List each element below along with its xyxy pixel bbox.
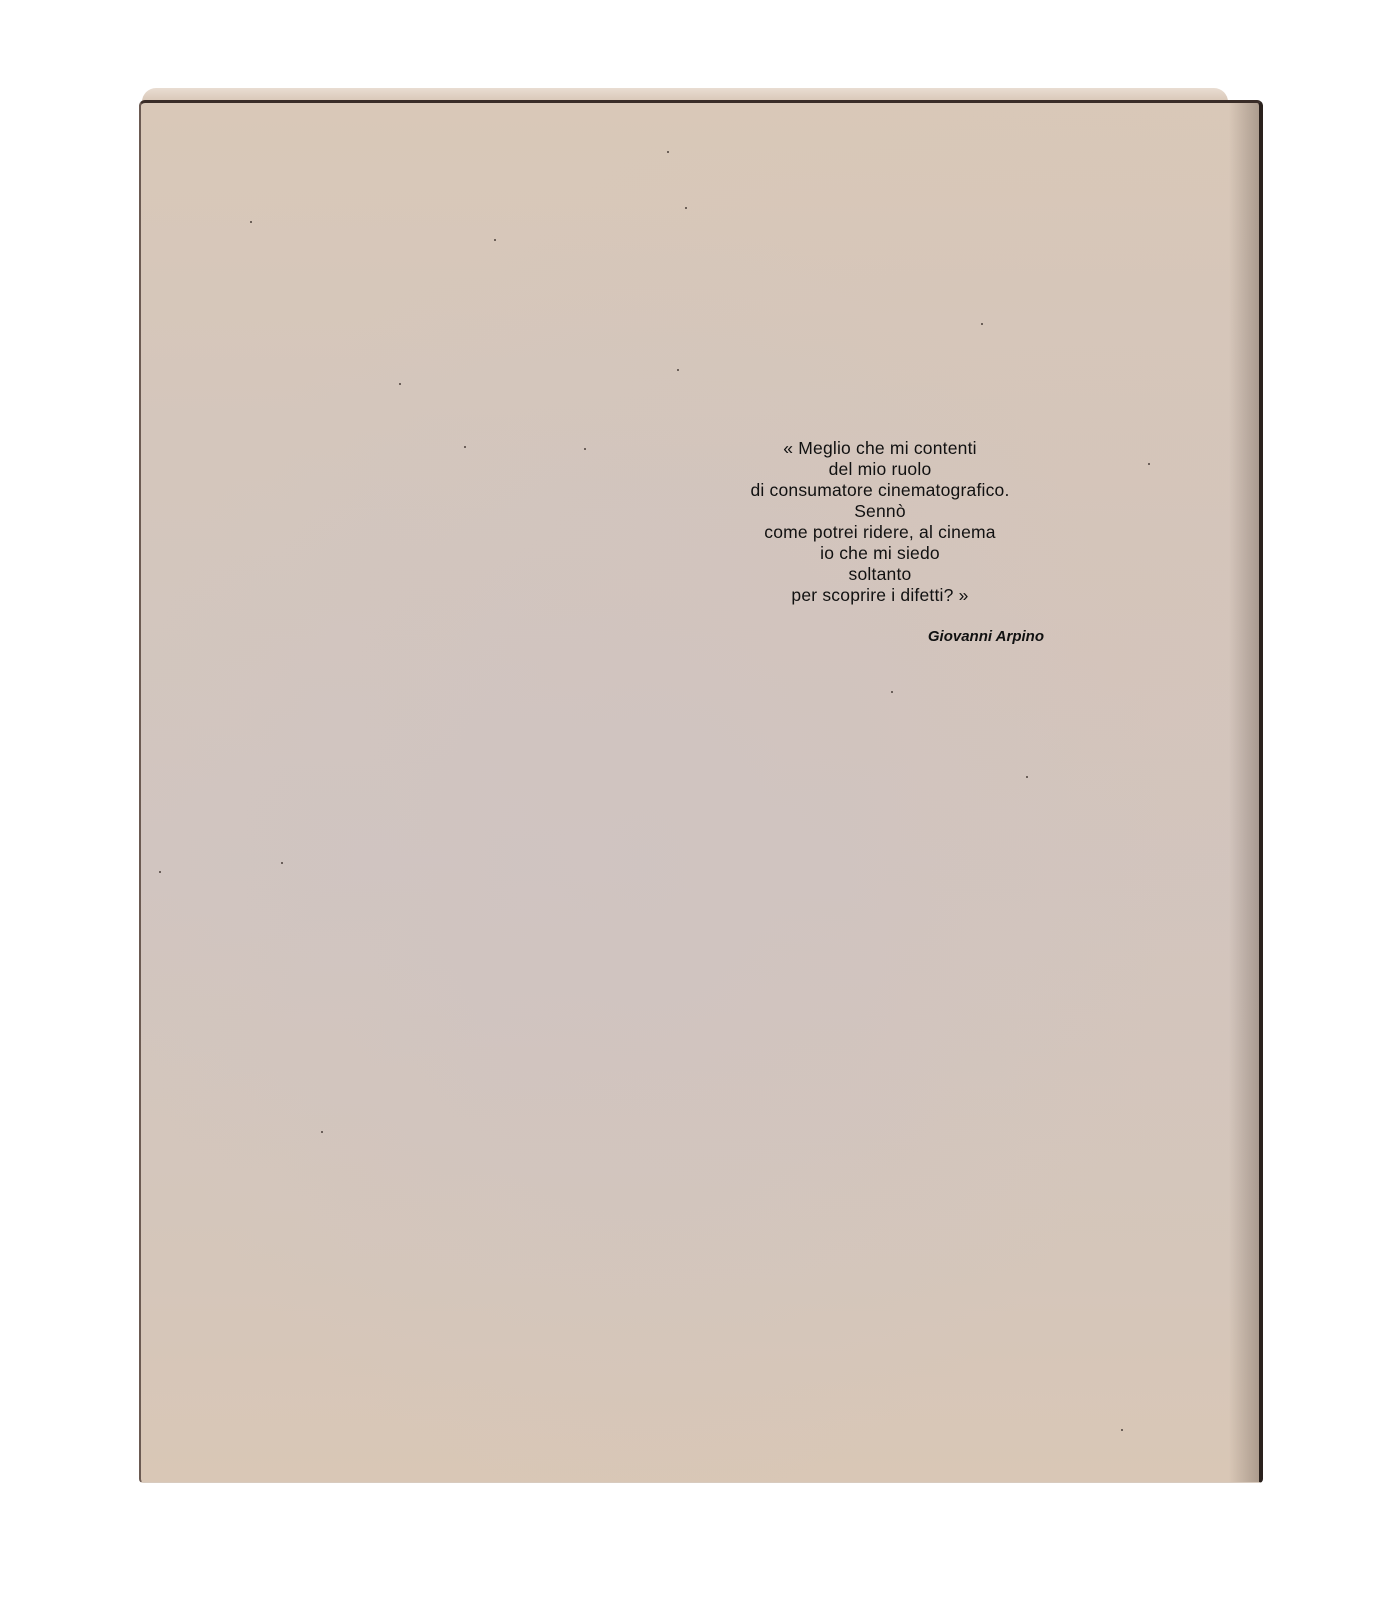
paper-speck — [321, 1131, 323, 1133]
quote-line: del mio ruolo — [700, 459, 1060, 480]
back-cover-page — [139, 100, 1263, 1483]
quote-line: Sennò — [700, 501, 1060, 522]
quote-line: « Meglio che mi contenti — [700, 438, 1060, 459]
paper-speck — [584, 448, 586, 450]
paper-speck — [281, 862, 283, 864]
quote-author: Giovanni Arpino — [840, 628, 1044, 645]
paper-speck — [981, 323, 983, 325]
paper-speck — [685, 207, 687, 209]
paper-speck — [667, 151, 669, 153]
paper-speck — [464, 446, 466, 448]
paper-speck — [677, 369, 679, 371]
quote-line: per scoprire i difetti? » — [700, 585, 1060, 606]
quote-line: come potrei ridere, al cinema — [700, 522, 1060, 543]
paper-speck — [1026, 776, 1028, 778]
quote-line: io che mi siedo — [700, 543, 1060, 564]
quote-line: soltanto — [700, 564, 1060, 585]
paper-speck — [250, 221, 252, 223]
paper-speck — [494, 239, 496, 241]
paper-speck — [1148, 463, 1150, 465]
paper-speck — [1121, 1429, 1123, 1431]
paper-speck — [159, 871, 161, 873]
paper-speck — [891, 691, 893, 693]
paper-speck — [399, 383, 401, 385]
quote-line: di consumatore cinematografico. — [700, 480, 1060, 501]
quote: « Meglio che mi contenti del mio ruolo d… — [700, 438, 1060, 606]
